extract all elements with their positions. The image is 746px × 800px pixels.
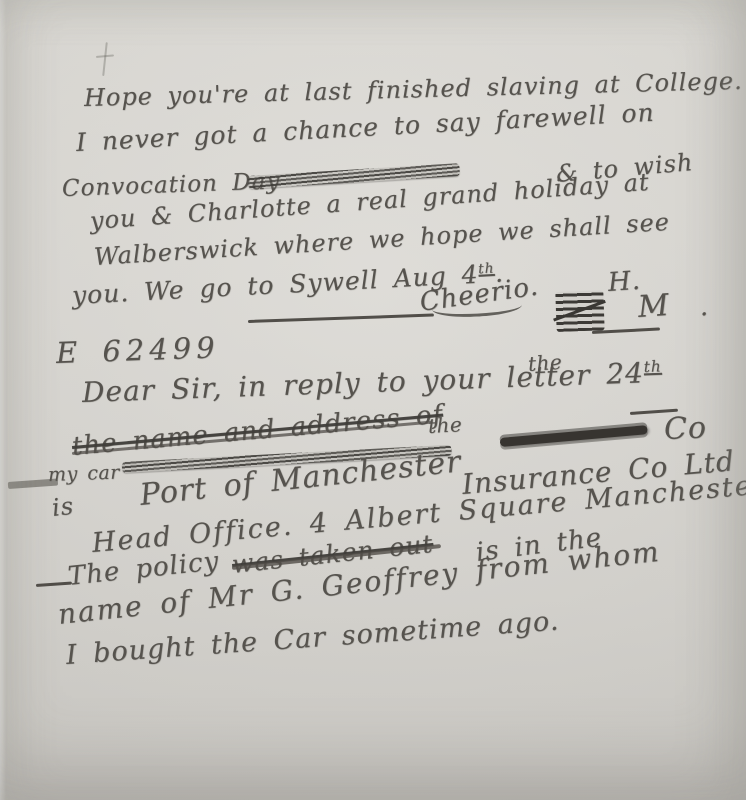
- handwritten-word: is: [51, 492, 76, 522]
- scribbled-out-initial: [555, 290, 604, 332]
- faint-pencil-mark: [102, 42, 108, 76]
- period-mark: .: [700, 292, 709, 322]
- underline-stroke: [248, 314, 434, 323]
- inserted-word: the: [527, 350, 563, 376]
- handwritten-word: Co: [663, 411, 707, 447]
- pen-flourish: [432, 295, 523, 319]
- ordinal-suffix: th: [643, 357, 662, 376]
- inserted-word: my car: [48, 461, 121, 485]
- photograph-of-handwritten-note: Hope you're at last finished slaving at …: [0, 0, 746, 800]
- blacked-out-word: [500, 425, 648, 447]
- reference-number: E 62499: [55, 330, 220, 370]
- inserted-word: the: [427, 412, 462, 438]
- dash-stroke: [36, 581, 72, 587]
- ordinal-suffix: th: [478, 261, 495, 278]
- initial-m: M: [637, 288, 671, 325]
